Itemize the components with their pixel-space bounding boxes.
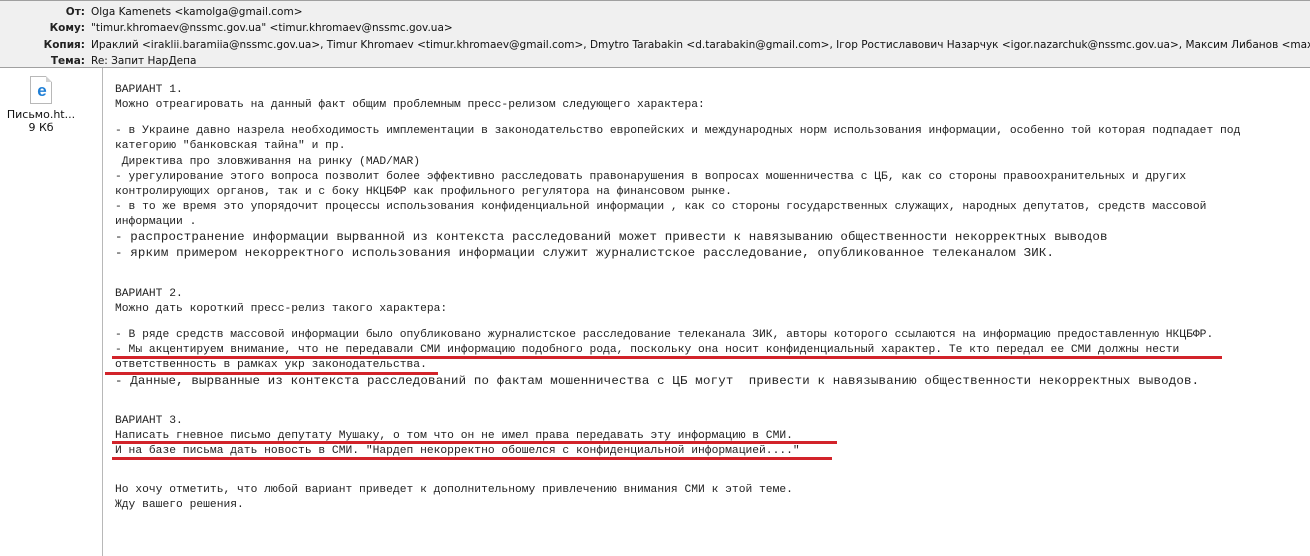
body-line: - урегулирование этого вопроса позволит … <box>115 170 1186 185</box>
variant-3-heading: ВАРИАНТ 3. <box>115 414 183 429</box>
internet-explorer-icon: e <box>34 82 50 99</box>
body-line: - ярким примером некорректного использов… <box>115 246 1054 261</box>
cc-label: Копия: <box>0 38 85 53</box>
body-line: Можно отреагировать на данный факт общим… <box>115 98 705 113</box>
body-line: Директива про зловживання на ринку (MAD/… <box>115 155 420 170</box>
to-label: Кому: <box>0 21 85 36</box>
subject-value: Re: Запит НарДепа <box>91 54 196 69</box>
body-line: - в то же время это упорядочит процессы … <box>115 200 1206 215</box>
body-line: - распространение информации вырванной и… <box>115 230 1108 245</box>
body-line: контролирующих органов, так и с боку НКЦ… <box>115 185 732 200</box>
body-line: информации . <box>115 215 196 230</box>
subject-label: Тема: <box>0 54 85 69</box>
body-line: - в Украине давно назрела необходимость … <box>115 124 1240 139</box>
body-line: Можно дать короткий пресс-релиз такого х… <box>115 302 447 317</box>
ie-html-file-icon: e <box>30 76 52 104</box>
message-header: От: Olga Kamenets <kamolga@gmail.com> Ко… <box>0 0 1310 68</box>
from-value[interactable]: Olga Kamenets <kamolga@gmail.com> <box>91 5 303 20</box>
attachment-size: 9 Кб <box>0 121 82 134</box>
body-line: - Данные, вырванные из контекста расслед… <box>115 374 1199 389</box>
to-value[interactable]: "timur.khromaev@nssmc.gov.ua" <timur.khr… <box>91 21 453 36</box>
body-line: Но хочу отметить, что любой вариант прив… <box>115 483 793 498</box>
cc-value[interactable]: Ираклий <iraklii.baramiia@nssmc.gov.ua>,… <box>91 38 1310 53</box>
attachment-name: Письмо.ht... <box>0 108 82 121</box>
body-line: Жду вашего решения. <box>115 498 244 513</box>
attachments-pane: e Письмо.ht... 9 Кб <box>0 68 103 556</box>
attachment-item[interactable]: e Письмо.ht... 9 Кб <box>0 76 82 134</box>
variant-1-heading: ВАРИАНТ 1. <box>115 83 183 98</box>
body-line: - В ряде средств массовой информации был… <box>115 328 1213 343</box>
variant-2-heading: ВАРИАНТ 2. <box>115 287 183 302</box>
body-line: категорию "банковская тайна" и пр. <box>115 139 346 154</box>
body-line-highlighted: ответственность в рамках укр законодател… <box>115 358 427 373</box>
from-label: От: <box>0 5 85 20</box>
red-underline-annotation <box>112 457 832 460</box>
